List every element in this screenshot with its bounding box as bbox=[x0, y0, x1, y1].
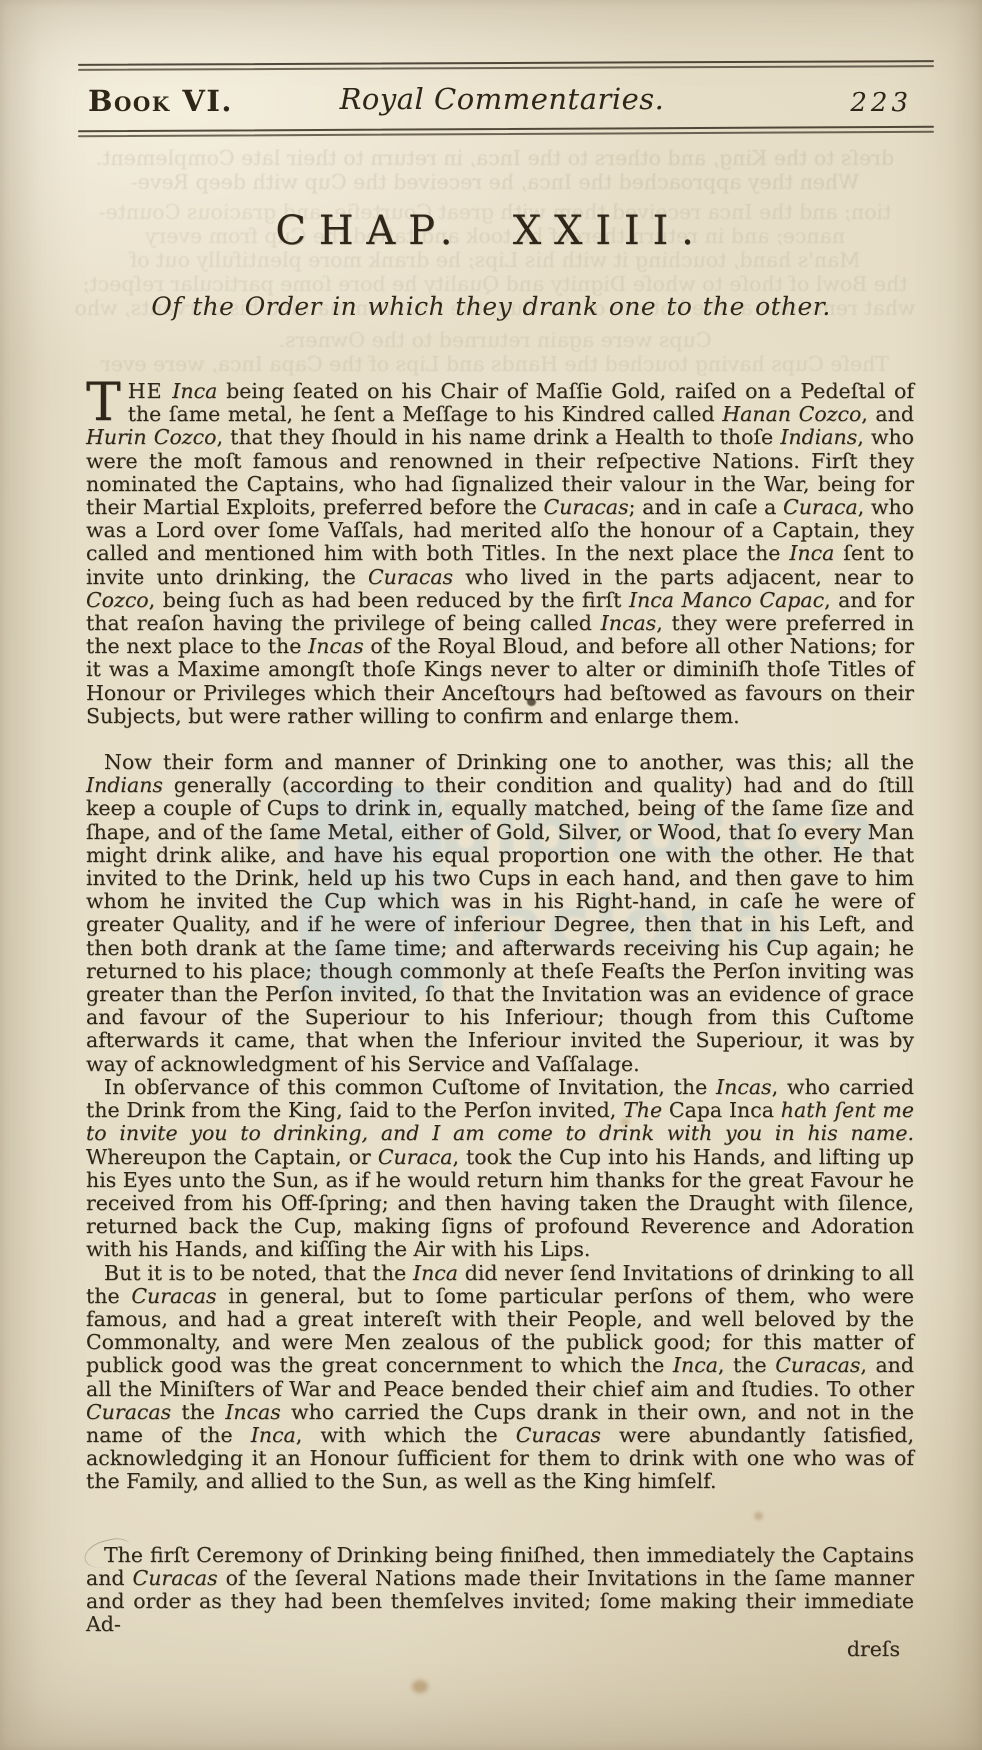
paragraph: In obſervance of this common Cuſtome of … bbox=[86, 1076, 914, 1262]
body-text-segment: , with which the bbox=[296, 1423, 516, 1447]
running-header: Book VI. Royal Commentaries. 223 bbox=[86, 82, 918, 126]
header-rule-top bbox=[78, 60, 934, 71]
italic-text: Curacas bbox=[516, 1423, 601, 1447]
running-title: Royal Commentaries. bbox=[86, 82, 918, 116]
italic-text: Cozco bbox=[86, 588, 149, 612]
bleedthrough-line: Theſe Cups having touched the Hands and … bbox=[70, 352, 920, 376]
italic-text: The bbox=[623, 1098, 662, 1122]
italic-text: Inca bbox=[413, 1261, 458, 1285]
italic-text: Incas bbox=[716, 1075, 772, 1099]
italic-text: Inca bbox=[789, 541, 834, 565]
paragraph: THE Inca being ſeated on his Chair of Ma… bbox=[86, 380, 914, 728]
italic-text: Hurin Cozco bbox=[86, 425, 216, 449]
catchword: dreſs bbox=[86, 1638, 914, 1661]
italic-text: Inca Manco Capac bbox=[629, 588, 824, 612]
header-rule-bottom bbox=[78, 126, 934, 137]
italic-text: Indians bbox=[86, 773, 163, 797]
body-text-segment: who lived in the parts adjacent, near to bbox=[453, 565, 914, 589]
body-text-segment: Now their form and manner of Drinking on… bbox=[104, 750, 914, 774]
italic-text: Inca bbox=[673, 1353, 718, 1377]
body-text-segment: , and bbox=[861, 402, 914, 426]
italic-text: Curaca bbox=[378, 1145, 453, 1169]
italic-text: Curacas bbox=[133, 1566, 218, 1590]
body-text-segment: , the bbox=[718, 1353, 775, 1377]
italic-text: Curacas bbox=[368, 565, 453, 589]
paragraph: Now their form and manner of Drinking on… bbox=[86, 751, 914, 1076]
body-text-segment: , that they ſhould in his name drink a H… bbox=[216, 425, 780, 449]
page-number: 223 bbox=[850, 88, 912, 118]
italic-text: Inca bbox=[251, 1423, 296, 1447]
body-text-segment: But it is to be noted, that the bbox=[104, 1261, 413, 1285]
italic-text: Hanan Cozco bbox=[722, 402, 861, 426]
italic-text: Curacas bbox=[543, 495, 628, 519]
verso-bleedthrough-low: Cups were again returned to the Owners.T… bbox=[70, 328, 920, 376]
bleedthrough-line: dreſs to the King, and others to the Inc… bbox=[70, 146, 920, 170]
book-page-scan: dreſs to the King, and others to the Inc… bbox=[0, 0, 982, 1750]
paragraph: The firſt Ceremony of Drinking being fin… bbox=[86, 1544, 914, 1637]
bleedthrough-line: When they approached the Inca, he receiv… bbox=[70, 170, 920, 194]
body-text-segment: Capa Inca bbox=[662, 1098, 781, 1122]
verso-bleedthrough-top: dreſs to the King, and others to the Inc… bbox=[70, 146, 920, 194]
italic-text: Curacas bbox=[131, 1284, 216, 1308]
body-text-segment: HE bbox=[128, 379, 173, 403]
body-text: THE Inca being ſeated on his Chair of Ma… bbox=[86, 380, 914, 1662]
chapter-subtitle: Of the Order in which they drank one to … bbox=[0, 292, 982, 321]
body-text-segment: ; and in caſe a bbox=[629, 495, 783, 519]
chapter-heading: CHAP. XXIII. bbox=[0, 208, 982, 254]
italic-text: Curaca bbox=[783, 495, 858, 519]
italic-text: Curacas bbox=[86, 1400, 171, 1424]
body-text-segment: generally (according to their condition … bbox=[86, 773, 914, 1075]
italic-text: Incas bbox=[308, 634, 364, 658]
body-text-segment: , being ſuch as had been reduced by the … bbox=[149, 588, 629, 612]
italic-text: Indians bbox=[780, 425, 857, 449]
drop-cap: T bbox=[86, 380, 128, 423]
italic-text: Incas bbox=[225, 1400, 281, 1424]
body-text-segment: In obſervance of this common Cuſtome of … bbox=[104, 1075, 716, 1099]
italic-text: Curacas bbox=[775, 1353, 860, 1377]
foxing-stain bbox=[412, 1680, 428, 1693]
body-text-segment: the bbox=[171, 1400, 225, 1424]
italic-text: Incas bbox=[601, 611, 657, 635]
italic-text: Inca bbox=[172, 379, 217, 403]
body-text-segment: Whereupon the Captain, or bbox=[86, 1145, 378, 1169]
bleedthrough-line: Cups were again returned to the Owners. bbox=[70, 328, 920, 352]
paragraph: But it is to be noted, that the Inca did… bbox=[86, 1262, 914, 1494]
